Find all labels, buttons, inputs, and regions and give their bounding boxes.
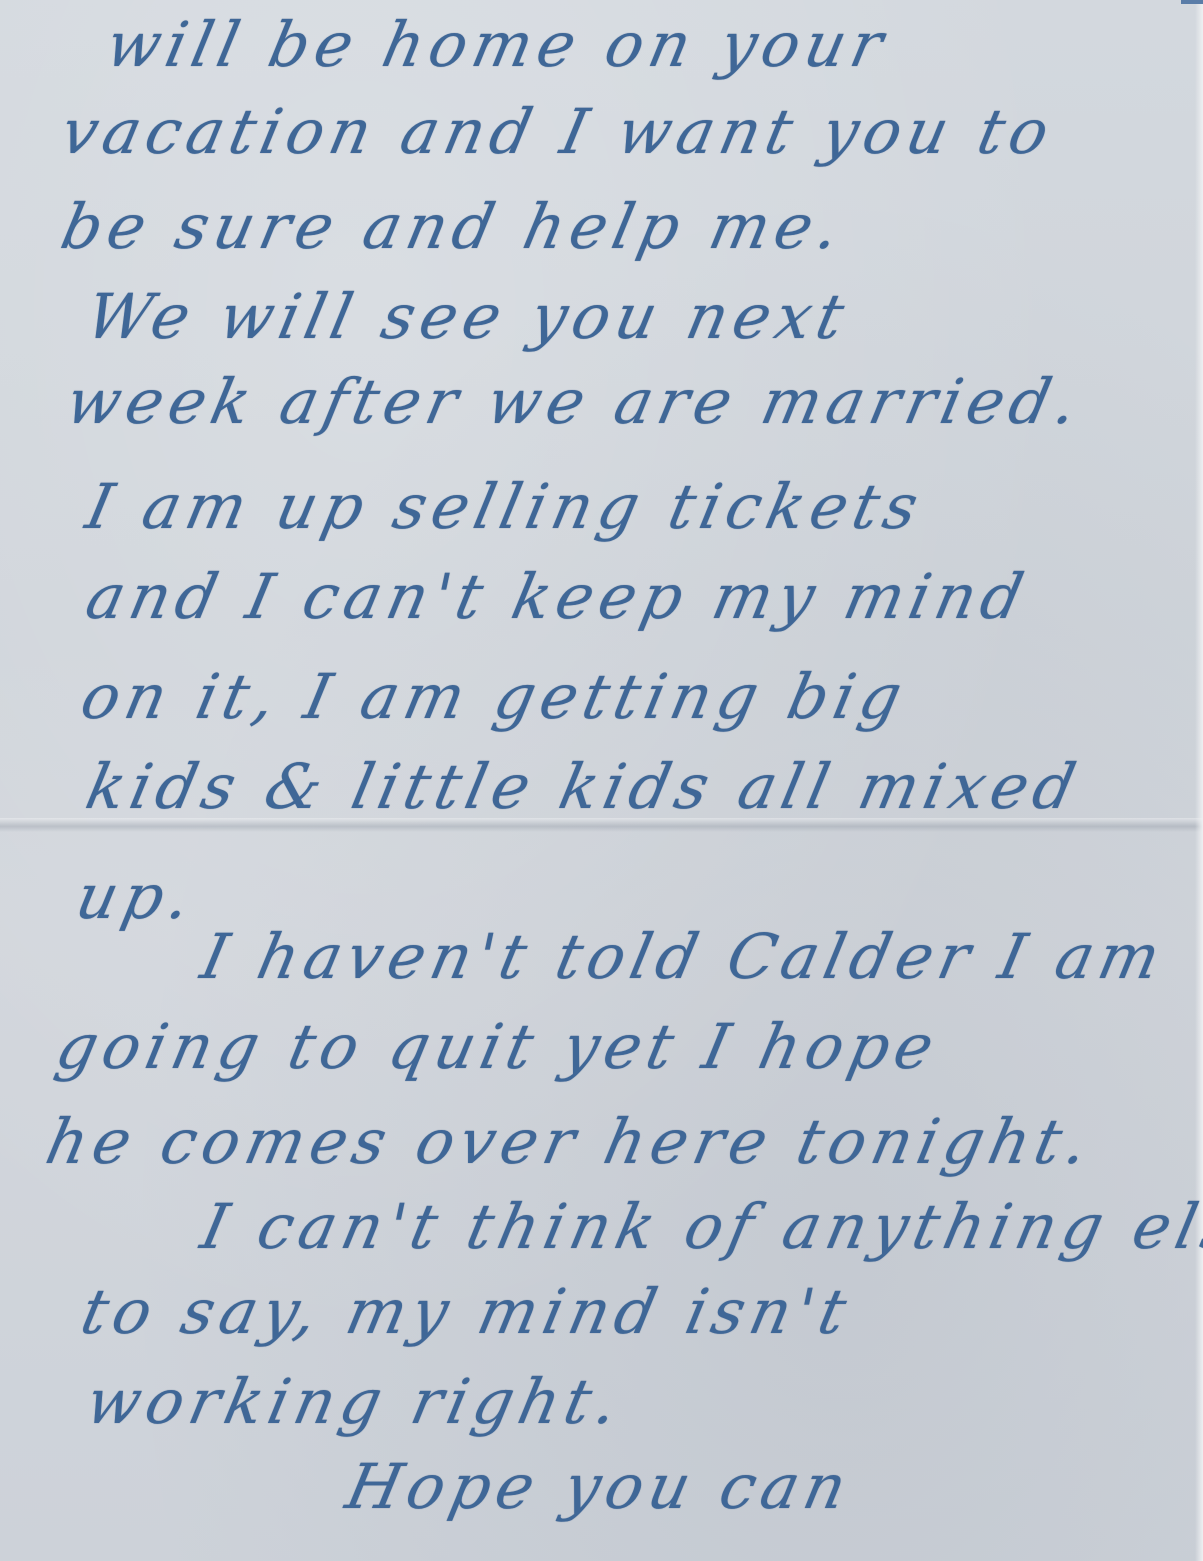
letter-line: I can't think of anything else xyxy=(195,1190,1203,1263)
letter-line: be sure and help me. xyxy=(55,190,852,263)
letter-line: working right. xyxy=(80,1365,630,1438)
letter-line: up. xyxy=(70,860,203,933)
letter-line: vacation and I want you to xyxy=(55,95,1061,168)
letter-line: going to quit yet I hope xyxy=(50,1010,946,1083)
letter-line: on it, I am getting big xyxy=(75,660,914,733)
letter-line: and I can't keep my mind xyxy=(80,560,1035,633)
corner-mark xyxy=(1181,0,1203,4)
paper-edge xyxy=(1195,0,1203,1561)
letter-line: I haven't told Calder I am xyxy=(195,920,1172,993)
letter-line: will be home on your xyxy=(100,8,895,81)
letter-line: week after we are married. xyxy=(60,365,1090,438)
letter-line: to say, my mind isn't xyxy=(75,1275,858,1348)
letter-line: kids & little kids all mixed xyxy=(80,750,1088,823)
letter-line: I am up selling tickets xyxy=(80,470,930,543)
letter-line: Hope you can xyxy=(340,1450,859,1523)
letter-page: will be home on your vacation and I want… xyxy=(0,0,1203,1561)
letter-line: We will see you next xyxy=(80,280,856,353)
letter-line: he comes over here tonight. xyxy=(40,1105,1100,1178)
